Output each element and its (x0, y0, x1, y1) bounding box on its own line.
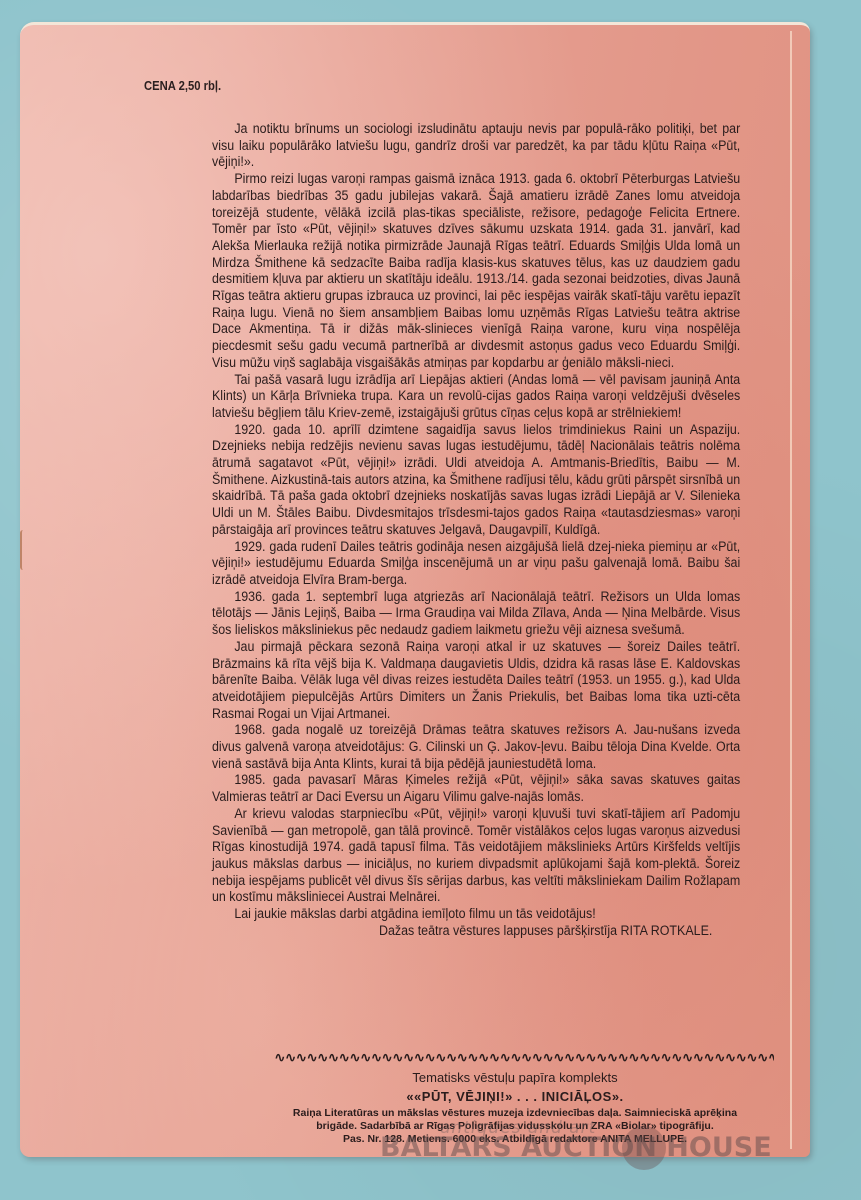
colophon-title: ««PŪT, VĒJIŅI!» . . . INICIĀĻOS». (250, 1087, 780, 1107)
paragraph: 1968. gada nogalē uz toreizējā Drāmas te… (212, 722, 740, 772)
colophon: Tematisks vēstuļu papīra komplekts ««PŪT… (250, 1069, 780, 1146)
paragraph: 1936. gada 1. septembrī luga atgriezās a… (212, 589, 740, 639)
paper-tear-mark (20, 530, 26, 570)
paragraph: Ar krievu valodas starpniecību «Pūt, vēj… (212, 806, 740, 906)
article-body: Ja notiktu brīnums un sociologi izsludin… (212, 121, 740, 939)
paragraph: Ja notiktu brīnums un sociologi izsludin… (212, 121, 740, 171)
price-label: CENA 2,50 rbļ. (144, 79, 221, 93)
ornamental-divider: ∿∿∿∿∿∿∿∿∿∿∿∿∿∿∿∿∿∿∿∿∿∿∿∿∿∿∿∿∿∿∿∿∿∿∿∿∿∿∿∿… (274, 1052, 774, 1064)
imprint-line: brigāde. Sadarbībā ar Rīgas Poligrāfijas… (250, 1120, 780, 1133)
paragraph: Tai pašā vasarā lugu izrādīja arī Liepāj… (212, 372, 740, 422)
paragraph: 1920. gada 10. aprīlī dzimtene sagaidīja… (212, 422, 740, 539)
author-signature: Dažas teātra vēstures lappuses pāršķirst… (212, 923, 740, 940)
paragraph: Lai jaukie mākslas darbi atgādina iemīļo… (212, 906, 740, 923)
colophon-subtitle: Tematisks vēstuļu papīra komplekts (250, 1069, 780, 1087)
paragraph: 1985. gada pavasarī Māras Ķimeles režijā… (212, 772, 740, 805)
paragraph: Jau pirmajā pēckara sezonā Raiņa varoņi … (212, 639, 740, 723)
imprint-line: Pas. Nr. 128. Metiens. 6000 eks. Atbildī… (250, 1133, 780, 1146)
paragraph: Pirmo reizi lugas varoņi rampas gaismā i… (212, 171, 740, 371)
imprint-line: Raiņa Literatūras un mākslas vēstures mu… (250, 1107, 780, 1120)
paragraph: 1929. gada rudenī Dailes teātris godināj… (212, 539, 740, 589)
booklet-back-cover: CENA 2,50 rbļ. Ja notiktu brīnums un soc… (20, 22, 810, 1157)
